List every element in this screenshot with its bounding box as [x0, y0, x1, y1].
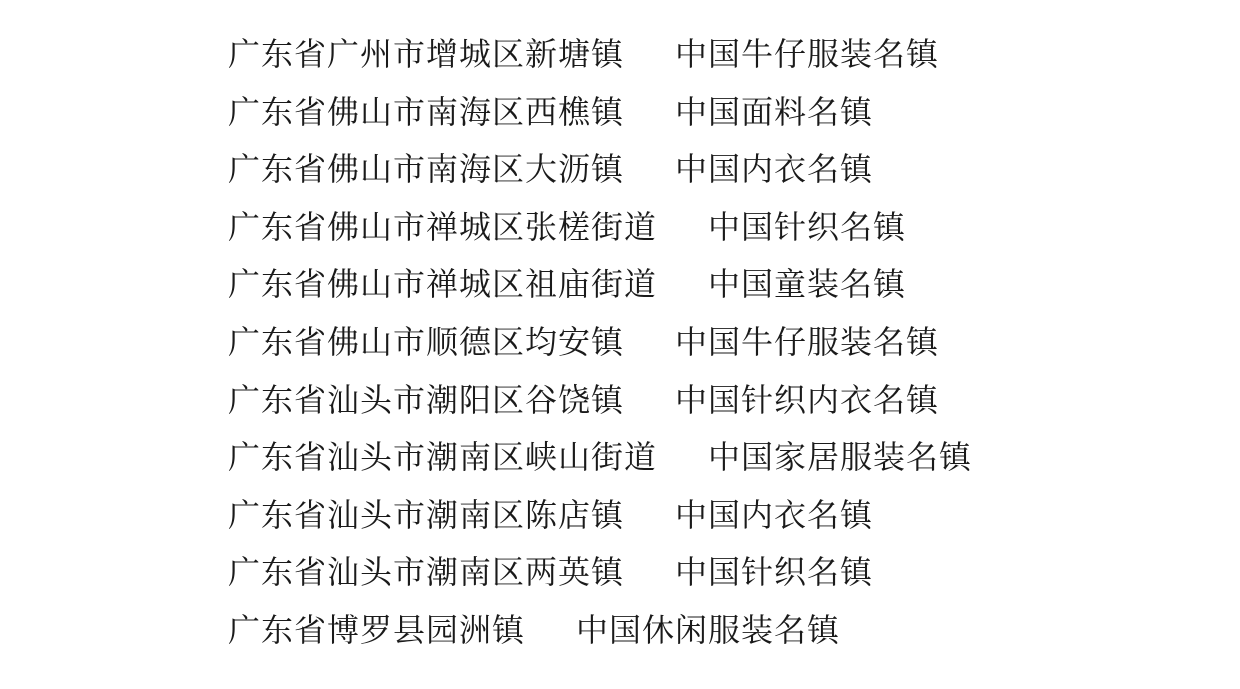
industry-designation: 中国童装名镇 [708, 256, 906, 314]
industry-designation: 中国牛仔服装名镇 [675, 26, 939, 84]
industry-designation: 中国休闲服装名镇 [576, 602, 840, 660]
industry-designation: 中国针织内衣名镇 [675, 372, 939, 430]
town-name: 广东省佛山市禅城区祖庙街道 [228, 256, 657, 314]
list-item: 广东省汕头市潮南区两英镇 中国针织名镇 [228, 544, 1240, 602]
list-item: 广东省汕头市潮南区峡山街道 中国家居服装名镇 [228, 429, 1240, 487]
industry-designation: 中国面料名镇 [675, 84, 873, 142]
town-name: 广东省佛山市南海区大沥镇 [228, 141, 624, 199]
industry-designation: 中国针织名镇 [708, 199, 906, 257]
list-item: 广东省广州市增城区新塘镇 中国牛仔服装名镇 [228, 26, 1240, 84]
industry-designation: 中国内衣名镇 [675, 487, 873, 545]
town-name: 广东省汕头市潮南区陈店镇 [228, 487, 624, 545]
town-name: 广东省汕头市潮南区峡山街道 [228, 429, 657, 487]
list-item: 广东省汕头市潮南区陈店镇 中国内衣名镇 [228, 487, 1240, 545]
list-item: 广东省博罗县园洲镇 中国休闲服装名镇 [228, 602, 1240, 660]
town-name: 广东省佛山市顺德区均安镇 [228, 314, 624, 372]
list-item: 广东省佛山市南海区西樵镇 中国面料名镇 [228, 84, 1240, 142]
industry-designation: 中国牛仔服装名镇 [675, 314, 939, 372]
town-name: 广东省佛山市禅城区张槎街道 [228, 199, 657, 257]
industry-designation: 中国家居服装名镇 [708, 429, 972, 487]
list-item: 广东省汕头市潮阳区谷饶镇 中国针织内衣名镇 [228, 372, 1240, 430]
document-page: 广东省广州市增城区新塘镇 中国牛仔服装名镇 广东省佛山市南海区西樵镇 中国面料名… [0, 0, 1240, 689]
town-name: 广东省汕头市潮南区两英镇 [228, 544, 624, 602]
town-name: 广东省博罗县园洲镇 [228, 602, 525, 660]
list-item: 广东省佛山市顺德区均安镇 中国牛仔服装名镇 [228, 314, 1240, 372]
list-item: 广东省佛山市南海区大沥镇 中国内衣名镇 [228, 141, 1240, 199]
town-name: 广东省广州市增城区新塘镇 [228, 26, 624, 84]
town-name: 广东省汕头市潮阳区谷饶镇 [228, 372, 624, 430]
list-item: 广东省佛山市禅城区祖庙街道 中国童装名镇 [228, 256, 1240, 314]
list-item: 广东省佛山市禅城区张槎街道 中国针织名镇 [228, 199, 1240, 257]
industry-designation: 中国针织名镇 [675, 544, 873, 602]
town-name: 广东省佛山市南海区西樵镇 [228, 84, 624, 142]
industry-designation: 中国内衣名镇 [675, 141, 873, 199]
